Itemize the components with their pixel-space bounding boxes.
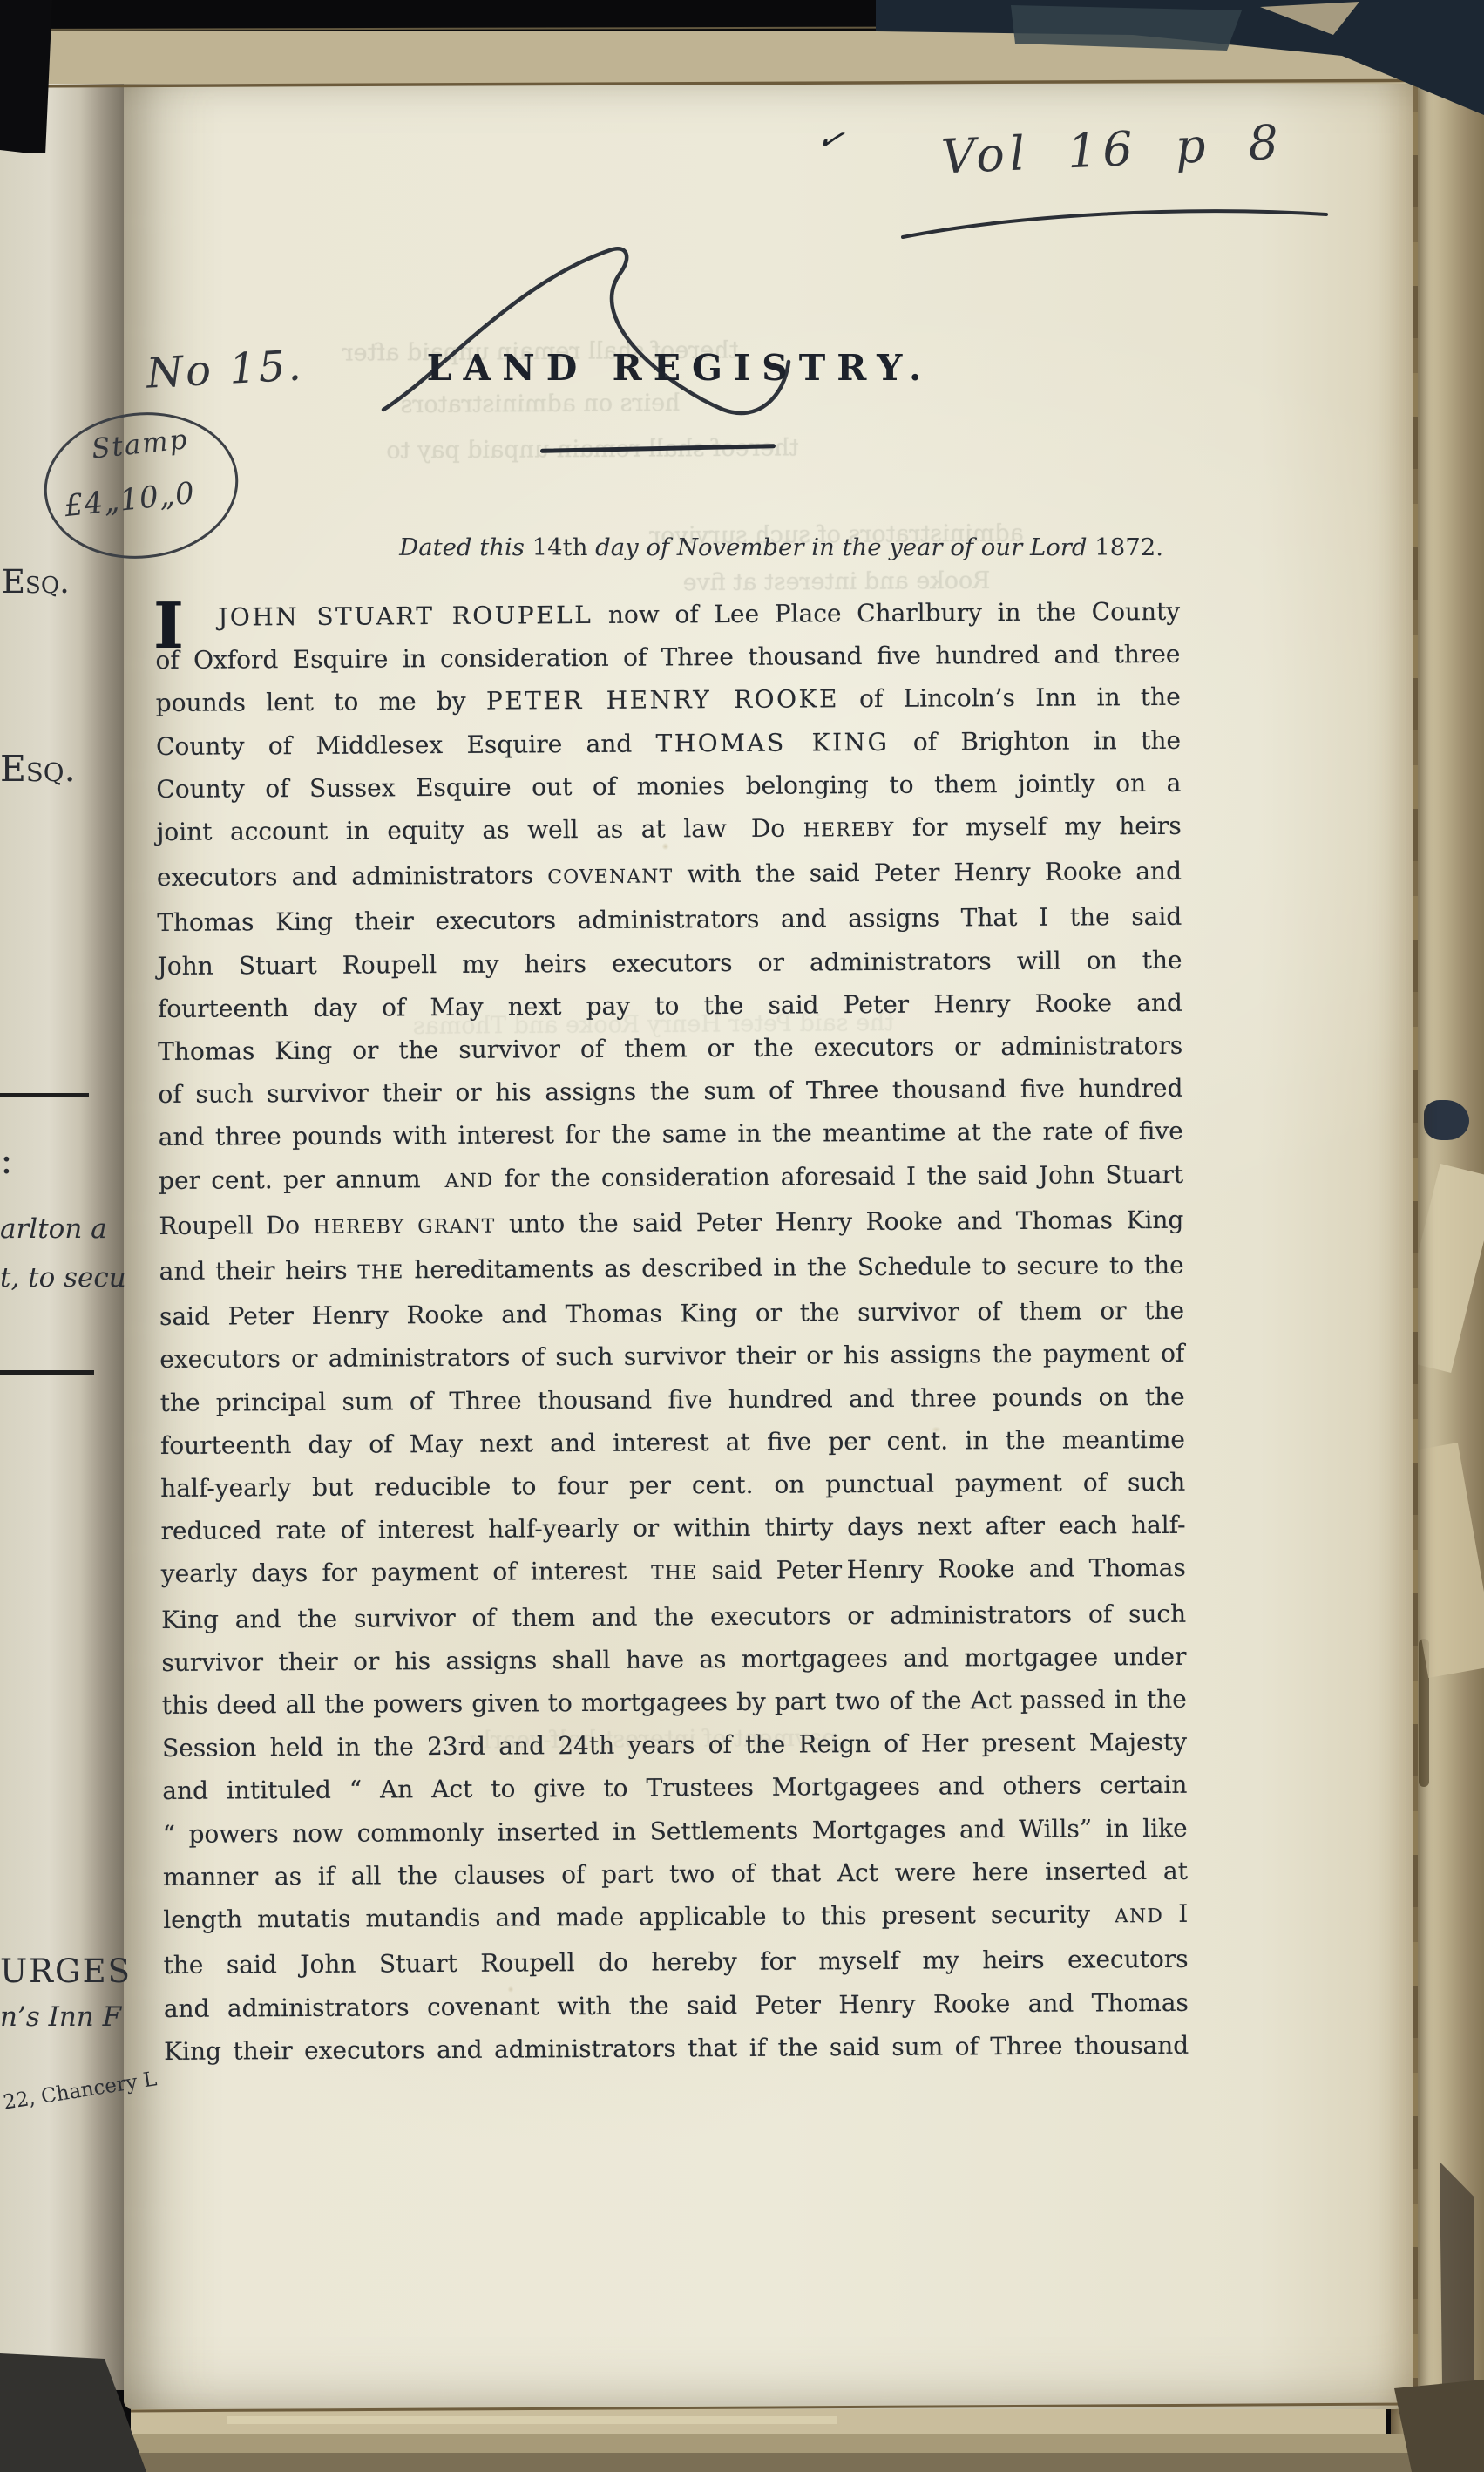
deed-text-line: fourteenth day of May next pay to the sa…	[158, 981, 1182, 1030]
deed-text-line: and three pounds with interest for the s…	[159, 1110, 1183, 1158]
deed-text-line: and their heirs THE hereditaments as des…	[159, 1244, 1184, 1295]
deed-text-line: survivor their or his assigns shall have…	[161, 1635, 1186, 1684]
deed-text-line: the principal sum of Three thousand five…	[160, 1375, 1185, 1423]
deed-body-lines: JOHN STUART ROUPELL now of Lee Place Cha…	[155, 590, 1189, 2073]
dated-line: Dated this 14th day of November in the y…	[375, 533, 1163, 561]
deed-text-line: King their executors and administrators …	[164, 2023, 1189, 2072]
margin-fragment-inns: n’s Inn F	[0, 2001, 121, 2033]
deed-text-line: of such survivor their or his assigns th…	[158, 1067, 1182, 1116]
dated-mid: day of November in the year of our Lord	[587, 533, 1094, 561]
dated-day: 14th	[532, 533, 588, 561]
deed-text-line: and intituled “ An Act to give to Truste…	[162, 1763, 1187, 1812]
deed-text-line: of Oxford Esquire in consideration of Th…	[155, 633, 1180, 682]
margin-fragment-burges: URGES	[0, 1952, 132, 1990]
deed-text-line: Thomas King their executors administrato…	[157, 895, 1182, 944]
deed-text-line: length mutatis mutandis and made applica…	[163, 1892, 1188, 1944]
margin-rule	[0, 1093, 89, 1097]
deed-text-line: King and the survivor of them and the ex…	[161, 1592, 1186, 1640]
deed-text-line: County of Middlesex Esquire and THOMAS K…	[156, 718, 1181, 767]
deed-text-line: this deed all the powers given to mortga…	[162, 1678, 1187, 1727]
margin-fragment-esq: Esq.	[2, 563, 70, 601]
deed-text-line: JOHN STUART ROUPELL now of Lee Place Cha…	[155, 590, 1180, 639]
deed-text-line: executors or administrators of such surv…	[159, 1332, 1184, 1381]
annotation-underline-flourish	[898, 202, 1333, 242]
scanned-deed-page: thereof shall remain unpaid after heirs …	[0, 0, 1484, 2472]
margin-fragment: :	[0, 1138, 13, 1183]
deed-text-line: Roupell Do HEREBY GRANT unto the said Pe…	[159, 1199, 1183, 1250]
margin-fragment-charlton: arlton a	[0, 1213, 107, 1245]
book-page-edges-bottom	[0, 2353, 1484, 2472]
deed-text-line: pounds lent to me by PETER HENRY ROOKE o…	[156, 676, 1181, 724]
dated-pre: Dated this	[399, 533, 532, 561]
dated-year: 1872.	[1094, 533, 1163, 561]
deed-text-line: Thomas King or the survivor of them or t…	[158, 1024, 1182, 1073]
deed-text-line: County of Sussex Esquire out of monies b…	[156, 762, 1181, 811]
margin-fragment-secure: t, to secu	[0, 1262, 126, 1294]
ink-blob-right-edge	[1424, 1100, 1469, 1140]
deed-text-line: manner as if all the clauses of part two…	[163, 1850, 1188, 1898]
margin-rule	[0, 1370, 94, 1375]
deed-text-line: reduced rate of interest half-yearly or …	[160, 1504, 1185, 1552]
deed-text-line: half-yearly but reducible to four per ce…	[160, 1461, 1185, 1510]
deed-text-line: per cent. per annum AND for the consider…	[159, 1152, 1183, 1204]
stamp-annotation: Stamp £4„10„0	[32, 397, 249, 573]
deed-text-line: Session held in the 23rd and 24th years …	[162, 1721, 1187, 1769]
pen-flourish	[340, 231, 828, 431]
deed-text-line: said Peter Henry Rooke and Thomas King o…	[159, 1289, 1184, 1338]
deed-text-line: yearly days for payment of interest THE …	[161, 1546, 1186, 1598]
deed-text-line: joint account in equity as well as at la…	[157, 805, 1182, 856]
deed-text-line: the said John Stuart Roupell do hereby f…	[163, 1938, 1188, 1986]
deed-text-line: and administrators covenant with the sai…	[164, 1980, 1189, 2029]
deed-text-line: John Stuart Roupell my heirs executors o…	[157, 938, 1182, 987]
deed-number-annotation: No 15.	[146, 341, 305, 397]
margin-fragment-esq: Esq.	[0, 748, 76, 790]
deed-text-line: “ powers now commonly inserted in Settle…	[163, 1806, 1188, 1855]
deed-text-line: fourteenth day of May next and interest …	[160, 1418, 1185, 1467]
deed-text-line: executors and administrators COVENANT wi…	[157, 850, 1182, 901]
